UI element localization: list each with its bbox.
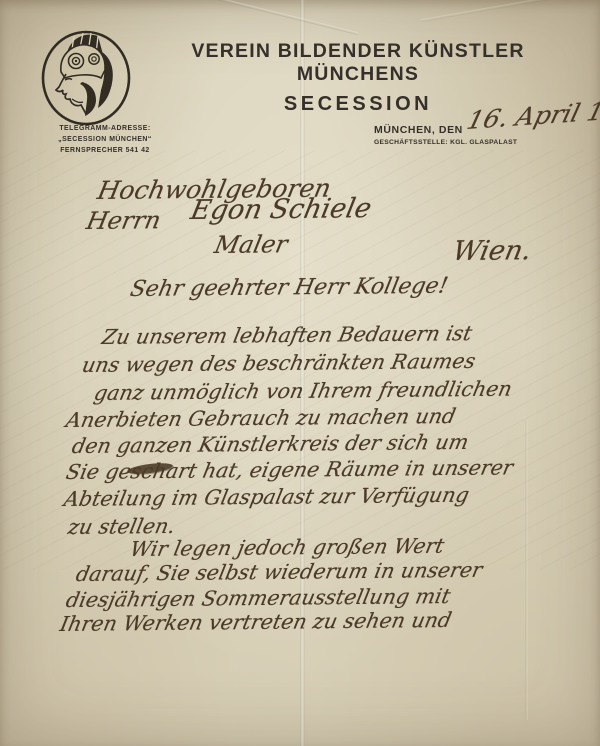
recipient-name: Egon Schiele <box>188 193 374 226</box>
body-line: darauf, Sie selbst wiederum in unserer <box>74 558 485 586</box>
top-crease <box>212 0 358 35</box>
office-address-line: GESCHÄFTSSTELLE: KGL. GLASPALAST <box>374 139 517 146</box>
body-line: ganz unmöglich von Ihrem freundlichen <box>92 377 514 405</box>
top-right-crease <box>421 0 550 22</box>
body-line: Abteilung im Glaspalast zur Verfügung <box>62 483 471 511</box>
body-line: den ganzen Künstlerkreis der sich um <box>70 430 471 458</box>
body-line: Wir legen jedoch großen Wert <box>128 534 446 561</box>
body-line: Zu unserem lebhaften Bedauern ist <box>100 321 474 349</box>
telegram-address-line1: TELEGRAMM-ADRESSE: <box>24 123 186 134</box>
telegram-address-block: TELEGRAMM-ADRESSE: „SECESSION MÜNCHEN“ F… <box>24 123 186 156</box>
body-line: Ihren Werken vertreten zu sehen und <box>58 608 454 636</box>
body-line: uns wegen des beschränkten Raumes <box>80 349 478 377</box>
body-line: zu stellen. <box>66 514 177 539</box>
letter-page: VEREIN BILDENDER KÜNSTLER MÜNCHENS SECES… <box>0 0 600 746</box>
telegram-address-line2: „SECESSION MÜNCHEN“ <box>24 134 186 145</box>
right-crease <box>525 420 528 720</box>
recipient-city: Wien. <box>450 235 534 267</box>
org-title-line1: VEREIN BILDENDER KÜNSTLER MÜNCHENS <box>132 40 584 86</box>
recipient-herr: Herrn <box>84 206 163 235</box>
recipient-profession: Maler <box>212 230 290 259</box>
body-line: Anerbieten Gebrauch zu machen und <box>64 404 458 432</box>
salutation-line: Sehr geehrter Herr Kollege! <box>128 274 450 302</box>
athena-helmet-emblem-icon <box>38 26 134 133</box>
city-date-label: MÜNCHEN, DEN <box>374 124 463 136</box>
telegram-address-line3: FERNSPRECHER 541 42 <box>24 145 186 156</box>
